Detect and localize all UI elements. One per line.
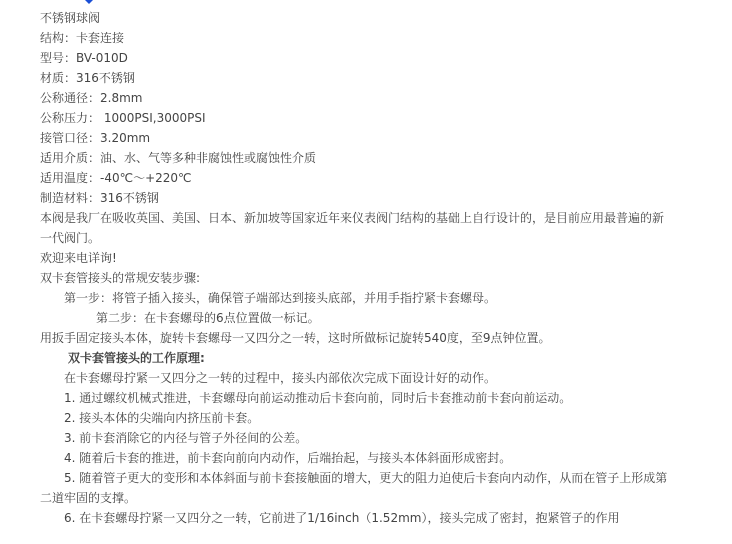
principle-item-5-continued: 二道牢固的支撑。 bbox=[40, 488, 680, 508]
spec-structure: 结构：卡套连接 bbox=[40, 28, 680, 48]
principle-heading: 双卡套管接头的工作原理: bbox=[40, 348, 680, 368]
installation-step-1: 第一步：将管子插入接头，确保管子端部达到接头底部，并用手指拧紧卡套螺母。 bbox=[40, 288, 680, 308]
spec-nominal-diameter: 公称通径：2.8mm bbox=[40, 88, 680, 108]
product-description: 本阀是我厂在吸收英国、美国、日本、新加坡等国家近年来仪表阀门结构的基础上自行设计… bbox=[40, 208, 670, 248]
principle-intro: 在卡套螺母拧紧一又四分之一转的过程中，接头内部依次完成下面设计好的动作。 bbox=[40, 368, 680, 388]
installation-step-3: 用扳手固定接头本体，旋转卡套螺母一又四分之一转，这时所做标记旋转540度，至9点… bbox=[40, 328, 680, 348]
spec-connection-diameter: 接管口径：3.20mm bbox=[40, 128, 680, 148]
welcome-text: 欢迎来电详询! bbox=[40, 248, 680, 268]
spec-media: 适用介质：油、水、气等多种非腐蚀性或腐蚀性介质 bbox=[40, 148, 680, 168]
anchor-marker-icon bbox=[85, 0, 93, 4]
spec-material: 材质：316不锈钢 bbox=[40, 68, 680, 88]
principle-item-3: 3. 前卡套消除它的内径与管子外径间的公差。 bbox=[40, 428, 680, 448]
product-article: 不锈钢球阀 结构：卡套连接 型号：BV-010D 材质：316不锈钢 公称通径：… bbox=[40, 8, 680, 528]
principle-item-1: 1. 通过螺纹机械式推进，卡套螺母向前运动推动后卡套向前，同时后卡套推动前卡套向… bbox=[40, 388, 680, 408]
principle-item-5: 5. 随着管子更大的变形和本体斜面与前卡套接触面的增大，更大的阻力迫使后卡套向内… bbox=[40, 468, 680, 488]
principle-item-4: 4. 随着后卡套的推进，前卡套向前向内动作，后端抬起，与接头本体斜面形成密封。 bbox=[40, 448, 680, 468]
spec-nominal-pressure: 公称压力： 1000PSI,3000PSI bbox=[40, 108, 680, 128]
installation-step-2: 第二步：在卡套螺母的6点位置做一标记。 bbox=[40, 308, 680, 328]
spec-manufacturing-material: 制造材料：316不锈钢 bbox=[40, 188, 680, 208]
principle-item-2: 2. 接头本体的尖端向内挤压前卡套。 bbox=[40, 408, 680, 428]
spec-model: 型号：BV-010D bbox=[40, 48, 680, 68]
spec-temperature: 适用温度：-40℃～+220℃ bbox=[40, 168, 680, 188]
installation-heading: 双卡套管接头的常规安装步骤: bbox=[40, 268, 680, 288]
product-title: 不锈钢球阀 bbox=[40, 8, 680, 28]
principle-item-6: 6. 在卡套螺母拧紧一又四分之一转，它前进了1/16inch（1.52mm），接… bbox=[40, 508, 680, 528]
